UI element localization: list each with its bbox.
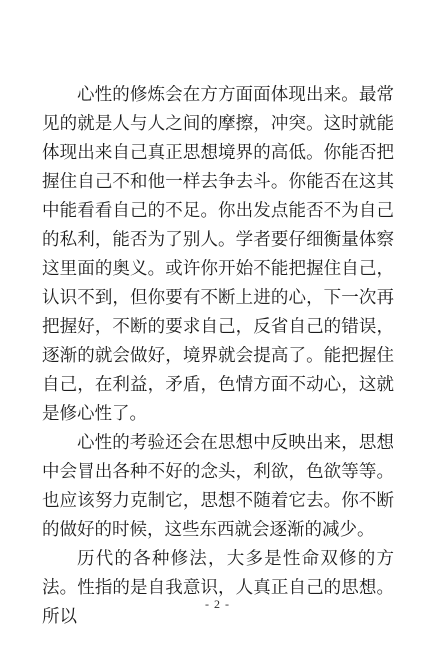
page-number: - 2 - xyxy=(0,597,435,612)
document-page: 心性的修炼会在方方面面体现出来。最常见的就是人与人之间的摩擦，冲突。这时就能体现… xyxy=(0,0,435,653)
body-text: 心性的修炼会在方方面面体现出来。最常见的就是人与人之间的摩擦，冲突。这时就能体现… xyxy=(42,80,394,631)
paragraph-1: 心性的修炼会在方方面面体现出来。最常见的就是人与人之间的摩擦，冲突。这时就能体现… xyxy=(42,80,394,428)
paragraph-2: 心性的考验还会在思想中反映出来，思想中会冒出各种不好的念头，利欲，色欲等等。也应… xyxy=(42,428,394,544)
paragraph-3: 历代的各种修法，大多是性命双修的方法。性指的是自我意识，人真正自己的思想。所以 xyxy=(42,544,394,631)
